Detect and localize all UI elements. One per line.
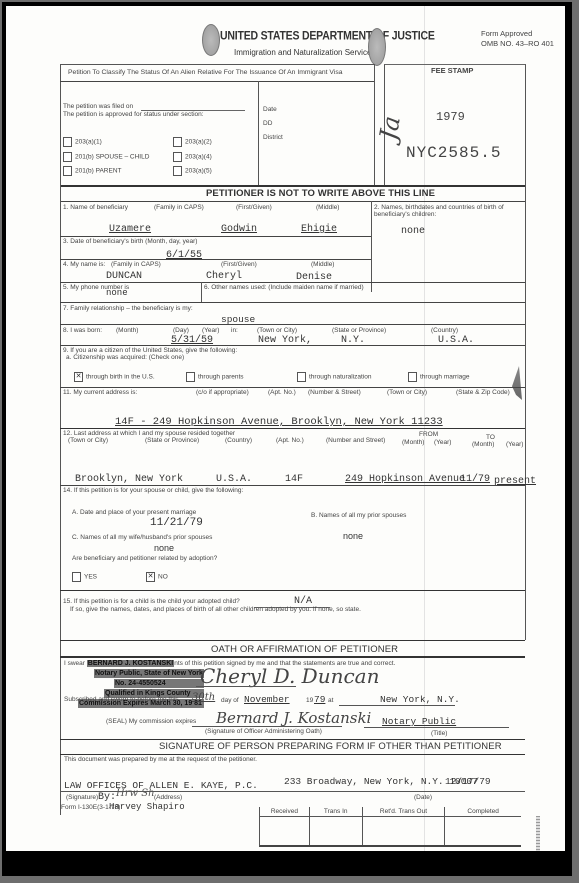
checkbox-203a1[interactable] [63,137,72,147]
last-address-country[interactable]: U.S.A. [216,474,252,485]
q1-label: 1. Name of beneficiary [63,204,128,211]
marriage-date[interactable]: 11/21/79 [150,517,203,529]
date-label: Date [263,106,277,113]
form-number: Form I-130E(3-1-78) [61,804,120,811]
q12-from-month-label: (Month) [402,439,424,446]
service-subtitle: Immigration and Naturalization Service [234,48,371,57]
q12-from-year-label: (Year) [434,439,451,446]
checkbox-203a5[interactable] [173,166,182,176]
q7-label: 7. Family relationship – the beneficiary… [63,305,193,312]
oath-place[interactable]: New York, N.Y. [380,694,460,705]
trans-in-col: Trans In [310,807,363,845]
q12-to-label: TO [486,434,495,441]
filed-on-label: The petition was filed on [63,103,133,110]
spouse-prior-spouses-value[interactable]: none [154,543,174,553]
notary-stamp-line-3: No. 24-4550524 [114,679,204,688]
q11-co-label: (c/o if appropriate) [196,389,249,396]
q8-year-label: (Year) [202,327,219,334]
officer-signature[interactable]: Bernard J. Kostanski [216,709,371,727]
citizenship-marriage-option[interactable]: through marriage [408,372,470,382]
fee-stamp-initials: Ja [374,114,406,142]
staple-mark-icon [512,366,522,400]
section-201b-spouse-child[interactable]: 201(b) SPOUSE – CHILD [63,152,149,162]
address-label: (Address) [154,794,182,801]
q12-to-month-label: (Month) [472,441,494,448]
oath-day[interactable]: 30th [192,692,215,703]
district-label: District [263,134,283,141]
returned-trans-out-col: Ret'd. Trans Out [363,807,446,845]
phone-value[interactable]: none [106,288,128,298]
q1-family-label: (Family in CAPS) [154,204,204,211]
fee-stamp-number: NYC2585.5 [406,144,501,162]
fee-stamp-label: FEE STAMP [431,66,473,75]
adoption-no-option[interactable]: NO [146,572,168,582]
adoption-yes-option[interactable]: YES [72,572,97,582]
checkbox-adoption-no[interactable] [146,572,155,582]
checkbox-203a2[interactable] [173,137,182,147]
title-label: (Title) [431,730,447,737]
edge-mark [536,816,540,851]
q9-sub-label: a. Citizenship was acquired: (Check one) [66,354,184,361]
q11-state-label: (State & Zip Code) [456,389,510,396]
beneficiary-family-name[interactable]: Uzamere [109,224,151,235]
q9-label: 9. If you are a citizen of the United St… [63,347,237,354]
fee-stamp-box [384,64,526,186]
officer-label: (Signature of Officer Administering Oath… [205,728,322,735]
fee-stamp-year: 1979 [436,110,465,124]
q14a-label: A. Date and place of your present marria… [72,509,196,516]
checkbox-birth-in-us[interactable] [74,372,83,382]
section-203a1[interactable]: 203(a)(1) [63,137,102,147]
beneficiary-middle-name[interactable]: Ehigie [301,224,337,235]
q12-state-label: (State or Province) [145,437,199,444]
q11-apt-label: (Apt. No.) [268,389,296,396]
preparer-name[interactable]: LAW OFFICES OF ALLEN E. KAYE, P.C. [64,780,258,791]
q3-label: 3. Date of beneficiary's birth (Month, d… [63,238,197,245]
adoption-question: Are beneficiary and petitioner related b… [72,555,217,562]
prior-spouses-value[interactable]: none [343,531,363,541]
q8-in-label: in: [231,327,238,334]
checkbox-through-parents[interactable] [186,372,195,382]
signature-label: (Signature) [66,794,98,801]
q12-to-year-label: (Year) [506,441,523,448]
q12-street-label: (Number and Street) [326,437,385,444]
completed-col: Completed [445,807,521,845]
preparer-signer-name[interactable]: Harvey Shapiro [109,802,185,812]
date-label-preparer: (Date) [414,794,432,801]
q14b-label: B. Names of all my prior spouses [311,512,406,519]
petitioner-signature[interactable]: Cheryl D. Duncan [200,664,379,688]
preparer-date[interactable]: 12/17/79 [445,776,491,787]
checkbox-through-marriage[interactable] [408,372,417,382]
q15-sub-label: If so, give the names, dates, and places… [70,606,361,613]
oath-year[interactable]: 79 [314,694,325,705]
form-approved-block: Form Approved OMB NO. 43–RO 401 [481,29,554,49]
approved-label: The petition is approved for status unde… [63,111,204,118]
preparer-statement: This document was prepared by me at the … [64,756,257,763]
q11-street-label: (Number & Street) [308,389,361,396]
form-approved-label: Form Approved [481,29,554,39]
q4-first-label: (First/Given) [221,261,257,268]
q12-country-label: (Country) [225,437,252,444]
q12-label: 12. Last address at which I and my spous… [63,430,235,437]
section-203a4[interactable]: 203(a)(4) [173,152,212,162]
not-write-above-notice: PETITIONER IS NOT TO WRITE ABOVE THIS LI… [206,188,435,199]
last-address-from[interactable]: 11/79 [460,474,490,485]
q12-apt-label: (Apt. No.) [276,437,304,444]
processing-table: Received Trans In Ret'd. Trans Out Compl… [259,807,521,847]
checkbox-201b-parent[interactable] [63,166,72,176]
q2-label: 2. Names, birthdates and countries of bi… [374,204,519,218]
checkbox-201b-spouse-child[interactable] [63,152,72,162]
q8-country-label: (Country) [431,327,458,334]
oath-title: OATH OR AFFIRMATION OF PETITIONER [211,644,398,655]
section-203a5[interactable]: 203(a)(5) [173,166,212,176]
subscribed-label: Subscribed and sworn to before me this [64,696,179,703]
q12-from-label: FROM [419,431,438,438]
q12-town-label: (Town or City) [68,437,108,444]
agency-title: UNITED STATES DEPARTMENT OF JUSTICE [220,29,435,43]
oath-month[interactable]: November [244,694,290,705]
notary-stamp-line-2: Notary Public, State of New York [94,669,204,678]
q11-town-label: (Town or City) [387,389,427,396]
petitioner-family-name[interactable]: DUNCAN [106,271,142,282]
at-label: at [328,697,333,704]
dd-label: DD [263,120,272,127]
preparer-signature[interactable]: Hrw Sh [116,788,155,799]
day-of-label: day of [221,697,239,704]
current-address[interactable]: 14F - 249 Hopkinson Avenue, Brooklyn, Ne… [115,416,443,428]
q8-day-label: (Day) [173,327,189,334]
q8-month-label: (Month) [116,327,138,334]
q14-label: 14. If this petition is for your spouse … [63,487,243,494]
q1-middle-label: (Middle) [316,204,339,211]
checkbox-adoption-yes[interactable] [72,572,81,582]
q4-family-label: (Family in CAPS) [111,261,161,268]
children-value[interactable]: none [401,226,425,237]
beneficiary-first-name[interactable]: Godwin [221,224,257,235]
q4-label: 4. My name is: [63,261,105,268]
q8-state-label: (State or Province) [332,327,386,334]
q4-middle-label: (Middle) [311,261,334,268]
omb-number: OMB NO. 43–RO 401 [481,39,554,49]
citizenship-birth-option[interactable]: through birth in the U.S. [74,372,155,382]
checkbox-203a4[interactable] [173,152,182,162]
last-address-apt[interactable]: 14F [285,474,303,485]
notary-title[interactable]: Notary Public [382,716,456,727]
last-address-town[interactable]: Brooklyn, New York [75,474,183,485]
notary-stamp-line-1: BERNARD J. KOSTANSKI [87,660,174,667]
petition-title: Petition To Classify The Status Of An Al… [68,69,343,76]
q8-label: 8. I was born: [63,327,102,334]
q15-label: 15. If this petition is for a child is t… [63,598,240,605]
seal-left-icon [202,24,220,56]
section-203a2[interactable]: 203(a)(2) [173,137,212,147]
citizenship-parents-option[interactable]: through parents [186,372,244,382]
section-201b-parent[interactable]: 201(b) PARENT [63,166,121,176]
q14c-label: C. Names of all my wife/husband's prior … [72,534,212,541]
received-col: Received [260,807,310,845]
q1-first-label: (First/Given) [236,204,272,211]
citizenship-naturalization-option[interactable]: through naturalization [297,372,372,382]
q6-label: 6. Other names used: (Include maiden nam… [204,284,364,291]
checkbox-through-naturalization[interactable] [297,372,306,382]
seal-right-icon [368,28,386,66]
last-address-street[interactable]: 249 Hopkinson Avenue [345,474,465,485]
q8-town-label: (Town or City) [257,327,297,334]
seal-label: (SEAL) My commission expires [106,718,196,725]
document-page: UNITED STATES DEPARTMENT OF JUSTICE Immi… [6,6,565,851]
q11-label: 11. My current address is: [63,389,137,396]
petitioner-first-name[interactable]: Cheryl [206,271,242,282]
preparer-title: SIGNATURE OF PERSON PREPARING FORM IF OT… [159,741,502,752]
year-prefix: 19 [306,697,313,704]
